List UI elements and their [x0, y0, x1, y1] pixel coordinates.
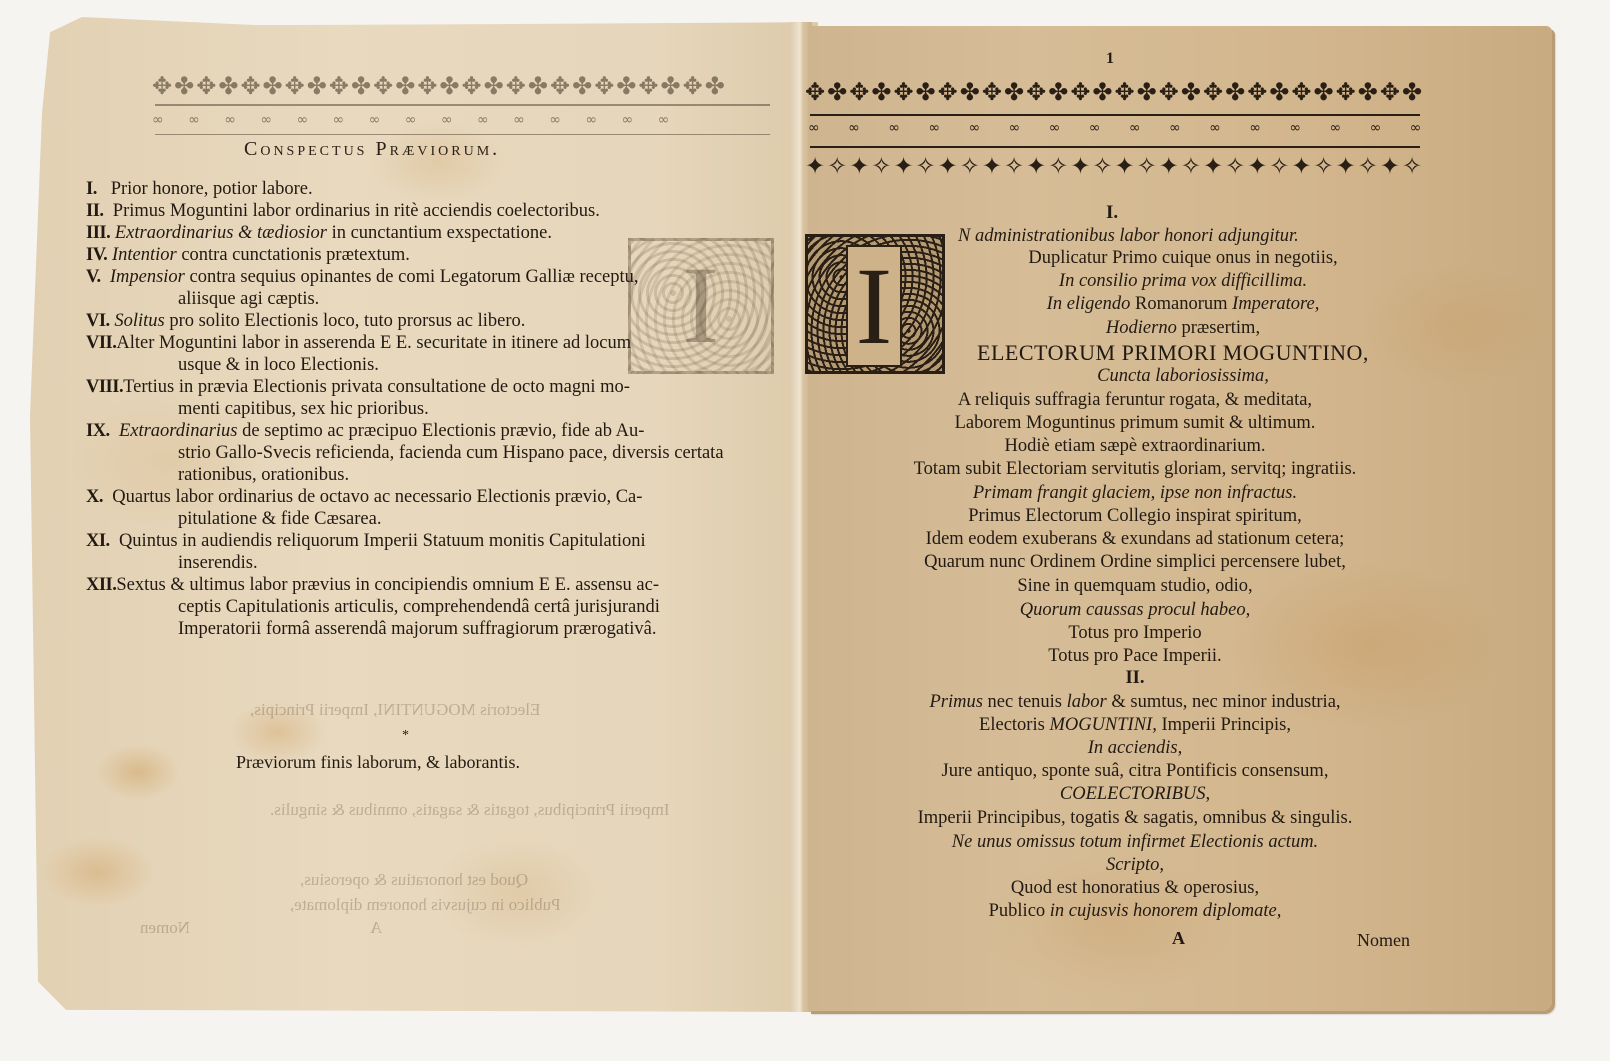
text-line: Scripto, [830, 855, 1440, 876]
toc-item: IX. Extraordinarius de septimo ac præcip… [86, 420, 726, 486]
toc-item: VII.Alter Moguntini labor in asserenda E… [86, 332, 726, 376]
page-heading: Conspectus Præviorum. [244, 138, 500, 161]
text-line: Quarum nunc Ordinem Ordine simplici perc… [830, 552, 1440, 573]
text-line: In consilio prima vox difficillima. [958, 271, 1408, 292]
text-line: Hodiè etiam sæpè extraordinarium. [830, 436, 1440, 457]
text-line: Cuncta laboriosissima, [958, 366, 1408, 387]
catchword: Nomen [1357, 930, 1410, 951]
toc-item: VI. Solitus pro solito Electionis loco, … [86, 310, 726, 332]
text-line: N administrationibus labor honori adjung… [958, 226, 1299, 247]
text-line: Totus pro Pace Imperii. [830, 646, 1440, 667]
text-line: Primus nec tenuis labor & sumtus, nec mi… [830, 692, 1440, 713]
text-line: Quorum caussas procul habeo, [830, 600, 1440, 621]
ornament-rule [810, 114, 1420, 116]
signature-mark: A [1172, 928, 1185, 949]
text-line: Ne unus omissus totum infirmet Electioni… [830, 832, 1440, 853]
text-line: Publico in cujusvis honorem diplomate, [830, 901, 1440, 922]
text-line: Duplicatur Primo cuique onus in negotiis… [958, 248, 1408, 269]
show-through-text: A [370, 918, 382, 938]
show-through-text: Quod est honoratius & operosius, [300, 870, 528, 890]
text-line: COELECTORIBUS, [830, 784, 1440, 805]
text-line: Idem eodem exuberans & exundans ad stati… [830, 529, 1440, 550]
ornament-row-bottom: ✦✧✦✧✦✧✦✧✦✧✦✧✦✧✦✧✦✧✦✧✦✧✦✧✦✧✦✧ [805, 152, 1423, 180]
table-of-contents: I. Prior honore, potior labore. II. Prim… [86, 178, 726, 640]
text-line: Primam frangit glaciem, ipse non infract… [830, 483, 1440, 504]
left-ornament-rule-lower [155, 134, 770, 135]
toc-item: X. Quartus labor ordinarius de octavo ac… [86, 486, 726, 530]
ornament-row-top: ✥✤✥✤✥✤✥✤✥✤✥✤✥✤✥✤✥✤✥✤✥✤✥✤✥✤✥✤ [805, 78, 1423, 106]
section-number: I. [1106, 202, 1118, 224]
book-spread: ✥✤✥✤✥✤✥✤✥✤✥✤✥✤✥✤✥✤✥✤✥✤✥✤✥✤ ∞ ∞ ∞ ∞ ∞ ∞ ∞… [0, 0, 1610, 1061]
text-line-emphasis: ELECTORUM PRIMORI MOGUNTINO, [958, 340, 1388, 366]
text-line: Primus Electorum Collegio inspirat spiri… [830, 506, 1440, 527]
toc-item: III. Extraordinarius & tædiosior in cunc… [86, 222, 726, 244]
toc-item: VIII.Tertius in prævia Electionis privat… [86, 376, 726, 420]
show-through-text: Nomen [140, 918, 190, 938]
text-line: Electoris MOGUNTINI, Imperii Principis, [830, 715, 1440, 736]
text-line: Totus pro Imperio [830, 623, 1440, 644]
text-line: Imperii Principibus, togatis & sagatis, … [830, 808, 1440, 829]
left-ornament-row-middle: ∞ ∞ ∞ ∞ ∞ ∞ ∞ ∞ ∞ ∞ ∞ ∞ ∞ ∞ ∞ [152, 112, 772, 128]
text-line: Hodierno præsertim, [958, 318, 1408, 339]
ornament-rule-lower [810, 146, 1420, 148]
left-ornament-row-top: ✥✤✥✤✥✤✥✤✥✤✥✤✥✤✥✤✥✤✥✤✥✤✥✤✥✤ [152, 72, 772, 100]
toc-item: II. Primus Moguntini labor ordinarius in… [86, 200, 726, 222]
text-line: Jure antiquo, sponte suâ, citra Pontific… [830, 761, 1440, 782]
toc-item: IV. Intentior contra cunctationis prætex… [86, 244, 726, 266]
text-line: In acciendis, [830, 738, 1440, 759]
left-ornament-rule [155, 104, 770, 106]
closing-line: Præviorum finis laborum, & laborantis. [236, 752, 520, 773]
toc-item: XII.Sextus & ultimus labor prævius in co… [86, 574, 726, 640]
toc-item: XI. Quintus in audiendis reliquorum Impe… [86, 530, 726, 574]
text-line: Totam subit Electoriam servitutis gloria… [830, 459, 1440, 480]
text-line: In eligendo Romanorum Imperatore, [958, 294, 1408, 315]
section-number: II. [830, 668, 1440, 689]
text-line: Sine in quemquam studio, odio, [830, 576, 1440, 597]
text-line: A reliquis suffragia feruntur rogata, & … [830, 390, 1440, 411]
text-line: Quod est honoratius & operosius, [830, 878, 1440, 899]
toc-item: I. Prior honore, potior labore. [86, 178, 726, 200]
ornament-row-middle: ∞ ∞ ∞ ∞ ∞ ∞ ∞ ∞ ∞ ∞ ∞ ∞ ∞ ∞ ∞ ∞ [808, 120, 1423, 136]
initial-letter: I [846, 245, 902, 367]
decorated-initial: I [805, 234, 945, 374]
show-through-text: Publico in cujusvis honorem diplomate, [290, 895, 561, 915]
show-through-text: Imperii Principibus, togatis & sagatis, … [270, 800, 670, 820]
toc-item: V. Impensior contra sequius opinantes de… [86, 266, 726, 310]
text-line: Laborem Moguntinus primum sumit & ultimu… [830, 413, 1440, 434]
asterisk-mark: * [402, 728, 409, 744]
show-through-text: Electoris MOGUNTINI, Imperii Principis, [250, 700, 540, 720]
page-number: 1 [1106, 50, 1114, 68]
